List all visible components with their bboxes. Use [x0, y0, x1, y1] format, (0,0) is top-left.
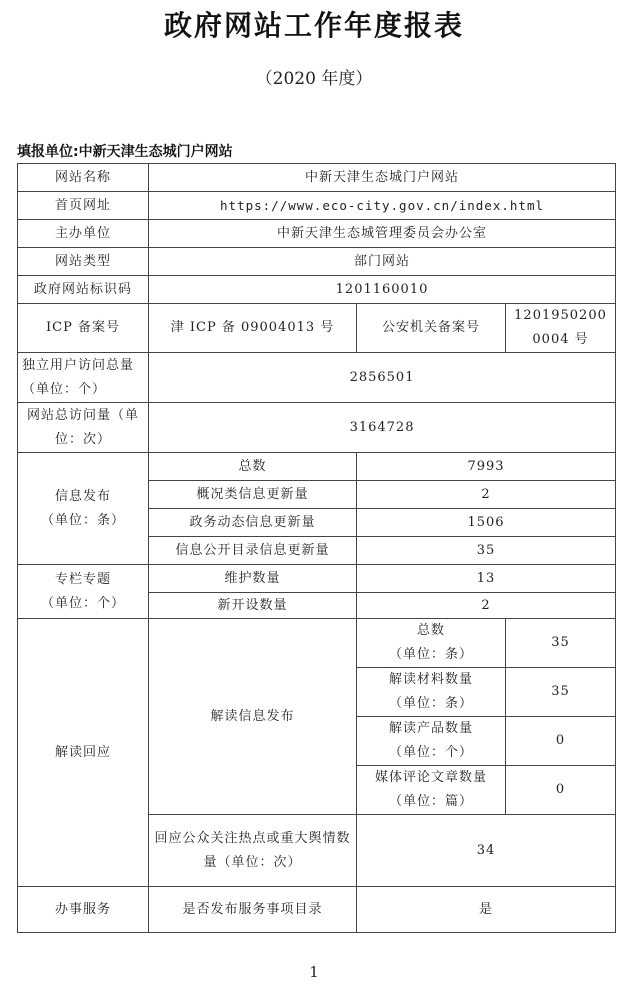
- columns-row-label: 新开设数量: [149, 593, 357, 619]
- info-publish-title: 信息发布: [55, 489, 111, 504]
- interp-row-value: 35: [506, 619, 616, 668]
- info-row-label: 概况类信息更新量: [149, 481, 357, 509]
- info-row-label: 信息公开目录信息更新量: [149, 537, 357, 565]
- report-year: （2020 年度）: [0, 64, 628, 89]
- interpretation-publish-label: 解读信息发布: [149, 619, 357, 815]
- columns-row-label: 维护数量: [149, 565, 357, 593]
- police-record-value: 12019502000004 号: [506, 304, 616, 353]
- services-row-value: 是: [357, 887, 616, 933]
- total-visits-value: 3164728: [149, 403, 616, 453]
- row-icp: ICP 备案号 津 ICP 备 09004013 号 公安机关备案号 12019…: [18, 304, 616, 353]
- interp-row-label: 解读材料数量 （单位：条）: [357, 668, 506, 717]
- interp-row-value: 0: [506, 717, 616, 766]
- sponsor-value: 中新天津生态城管理委员会办公室: [149, 220, 616, 248]
- response-label: 回应公众关注热点或重大舆情数量（单位：次）: [149, 815, 357, 887]
- homepage-url-value: https://www.eco-city.gov.cn/index.html: [149, 192, 616, 220]
- info-row-label: 政务动态信息更新量: [149, 509, 357, 537]
- row-unique-visitors: 独立用户访问总量（单位：个） 2856501: [18, 353, 616, 403]
- interp-row-unit: （单位：条）: [389, 696, 473, 711]
- report-table: 网站名称 中新天津生态城门户网站 首页网址 https://www.eco-ci…: [17, 163, 616, 933]
- unique-visitors-label: 独立用户访问总量（单位：个）: [18, 353, 149, 403]
- police-record-label: 公安机关备案号: [357, 304, 506, 353]
- columns-row-value: 2: [357, 593, 616, 619]
- total-visits-label: 网站总访问量（单位：次）: [18, 403, 149, 453]
- site-id-code-value: 1201160010: [149, 276, 616, 304]
- interp-row-title: 解读产品数量: [389, 721, 473, 736]
- response-value: 34: [357, 815, 616, 887]
- row-sponsor: 主办单位 中新天津生态城管理委员会办公室: [18, 220, 616, 248]
- interp-row-unit: （单位：篇）: [389, 794, 473, 809]
- site-name-label: 网站名称: [18, 164, 149, 192]
- interp-row-unit: （单位：条）: [389, 647, 473, 662]
- interp-row-unit: （单位：个）: [389, 745, 473, 760]
- row-total-visits: 网站总访问量（单位：次） 3164728: [18, 403, 616, 453]
- columns-row-value: 13: [357, 565, 616, 593]
- interp-row-value: 0: [506, 766, 616, 815]
- columns-label: 专栏专题 （单位：个）: [18, 565, 149, 619]
- columns-title: 专栏专题: [55, 572, 111, 587]
- icp-value: 津 ICP 备 09004013 号: [149, 304, 357, 353]
- info-publish-unit: （单位：条）: [41, 513, 125, 528]
- info-publish-label: 信息发布 （单位：条）: [18, 453, 149, 565]
- interp-row-label: 总数 （单位：条）: [357, 619, 506, 668]
- interp-row-title: 媒体评论文章数量: [375, 770, 487, 785]
- row-site-type: 网站类型 部门网站: [18, 248, 616, 276]
- info-row-value: 1506: [357, 509, 616, 537]
- homepage-url-label: 首页网址: [18, 192, 149, 220]
- row-site-name: 网站名称 中新天津生态城门户网站: [18, 164, 616, 192]
- unique-visitors-value: 2856501: [149, 353, 616, 403]
- site-id-code-label: 政府网站标识码: [18, 276, 149, 304]
- row-site-id-code: 政府网站标识码 1201160010: [18, 276, 616, 304]
- report-title: 政府网站工作年度报表: [0, 4, 628, 44]
- row-services: 办事服务 是否发布服务事项目录 是: [18, 887, 616, 933]
- info-row-value: 7993: [357, 453, 616, 481]
- icp-label: ICP 备案号: [18, 304, 149, 353]
- info-row-value: 35: [357, 537, 616, 565]
- interp-row-label: 解读产品数量 （单位：个）: [357, 717, 506, 766]
- filler-unit: 填报单位:中新天津生态城门户网站: [17, 141, 233, 161]
- row-homepage-url: 首页网址 https://www.eco-city.gov.cn/index.h…: [18, 192, 616, 220]
- interp-row-title: 总数: [417, 623, 445, 638]
- interp-row-value: 35: [506, 668, 616, 717]
- row-info-total: 信息发布 （单位：条） 总数 7993: [18, 453, 616, 481]
- row-columns-maintain: 专栏专题 （单位：个） 维护数量 13: [18, 565, 616, 593]
- columns-unit: （单位：个）: [41, 596, 125, 611]
- info-row-label: 总数: [149, 453, 357, 481]
- interp-row-label: 媒体评论文章数量 （单位：篇）: [357, 766, 506, 815]
- row-interp-total: 解读回应 解读信息发布 总数 （单位：条） 35: [18, 619, 616, 668]
- services-row-label: 是否发布服务事项目录: [149, 887, 357, 933]
- interp-row-title: 解读材料数量: [389, 672, 473, 687]
- services-label: 办事服务: [18, 887, 149, 933]
- info-row-value: 2: [357, 481, 616, 509]
- page-number: 1: [0, 963, 628, 981]
- site-name-value: 中新天津生态城门户网站: [149, 164, 616, 192]
- interpretation-label: 解读回应: [18, 619, 149, 887]
- site-type-value: 部门网站: [149, 248, 616, 276]
- site-type-label: 网站类型: [18, 248, 149, 276]
- sponsor-label: 主办单位: [18, 220, 149, 248]
